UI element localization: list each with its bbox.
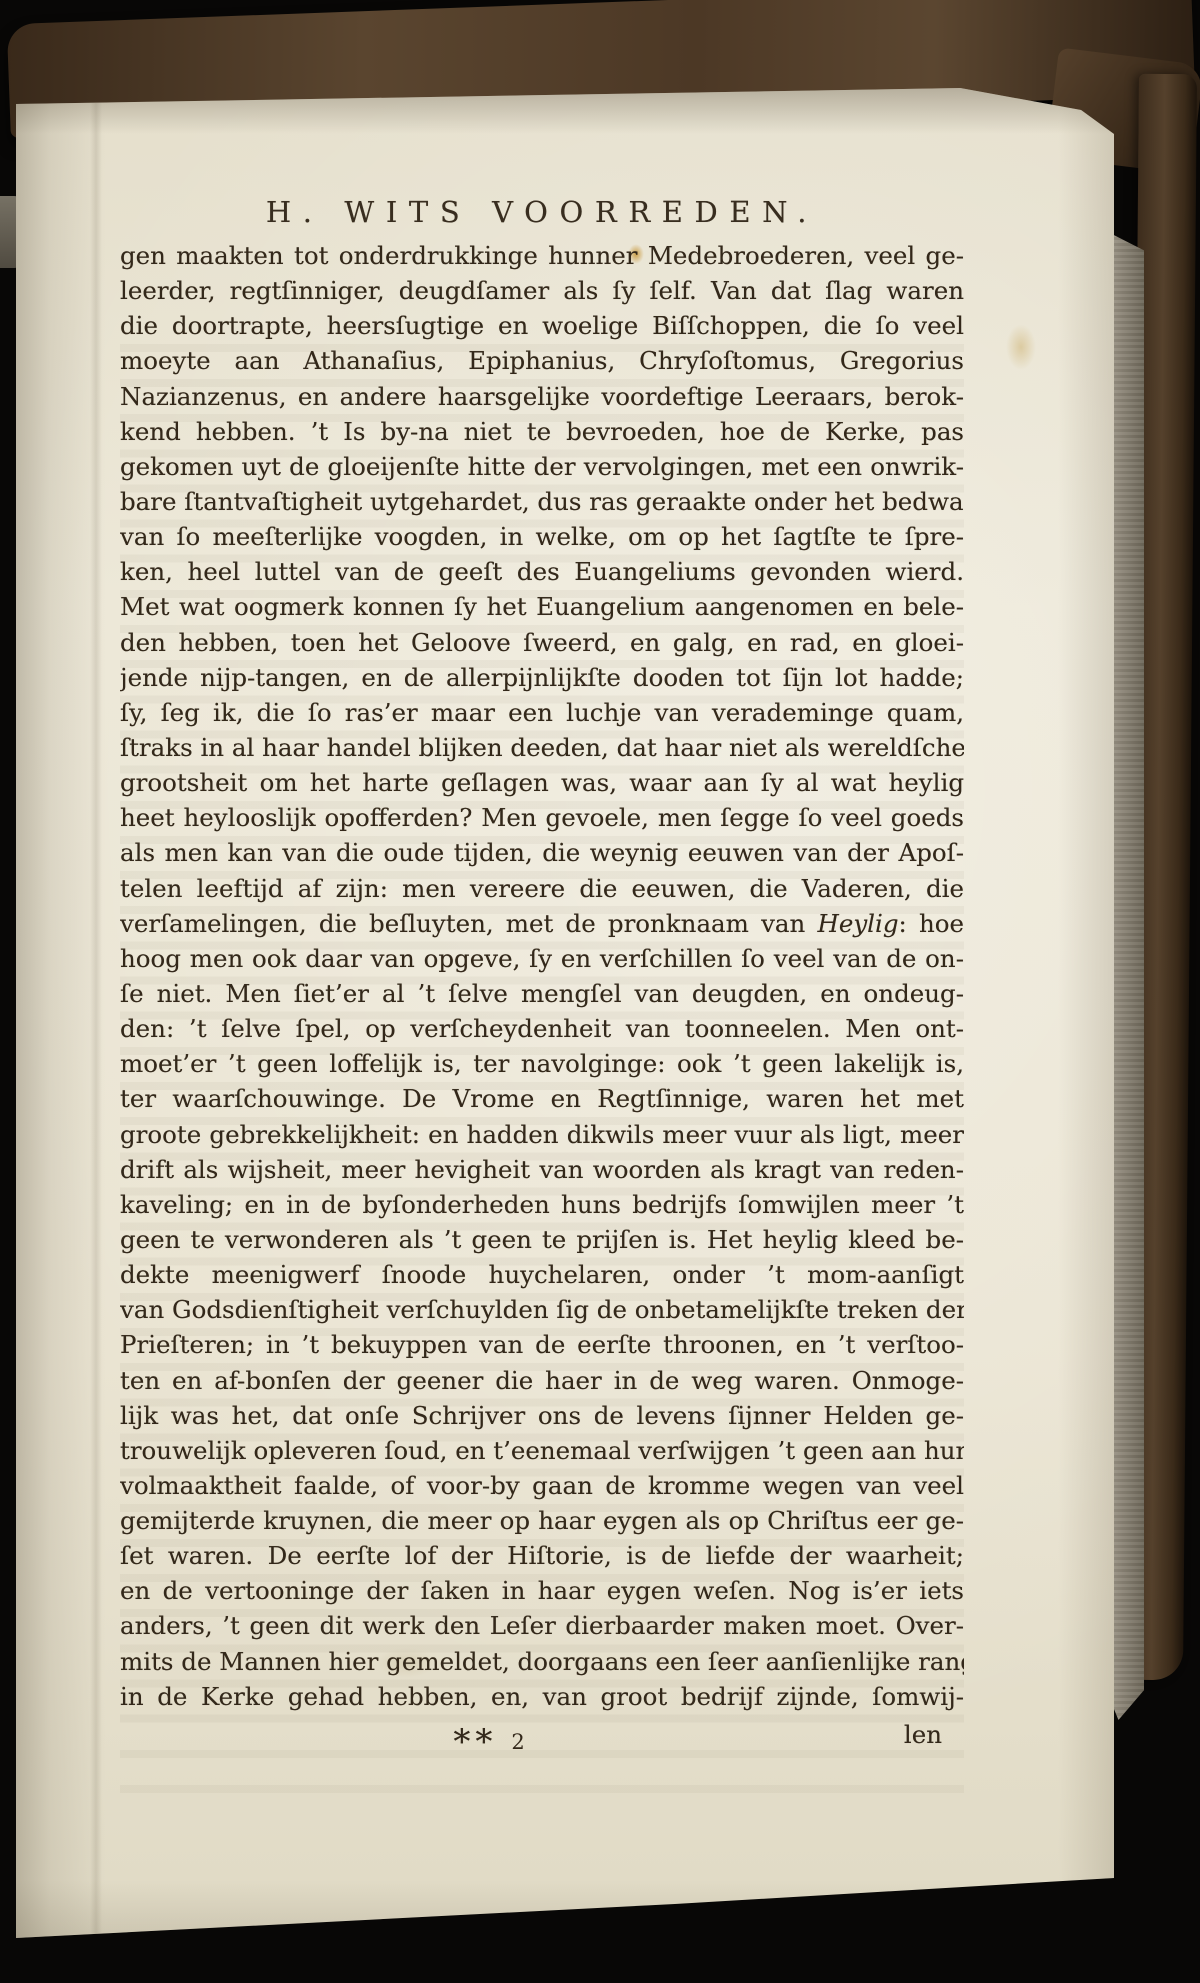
text-line: Nazianzenus, en andere haarsgelijke voor… [120, 379, 964, 414]
text-line: Prieſteren; in ’t bekuyppen van de eerſt… [120, 1327, 964, 1362]
text-line: moeyte aan Athanaſius, Epiphanius, Chryſ… [120, 343, 964, 378]
text-line: ken, heel luttel van de geeſt des Euange… [120, 554, 964, 589]
text-line: moet’er ’t geen loffelijk is, ter navolg… [120, 1046, 964, 1081]
text-line: den: ’t ſelve ſpel, op verſcheydenheit v… [120, 1011, 964, 1046]
text-line: bare ſtantvaſtigheit uytgehardet, dus ra… [120, 484, 964, 519]
text-line: van ſo meeſterlijke voogden, in welke, o… [120, 519, 964, 554]
text-line: als men kan van die oude tijden, die wey… [120, 835, 964, 870]
page-text-block: H. WITS VOORREDEN. gen maakten tot onder… [120, 192, 964, 1760]
signature-number: 2 [511, 1730, 524, 1754]
text-segment: : hoe [899, 909, 964, 938]
text-line: trouwelijk opleveren ſoud, en t’eenemaal… [120, 1433, 964, 1468]
book-photo: H. WITS VOORREDEN. gen maakten tot onder… [0, 0, 1200, 1983]
text-line: gen maakten tot onderdrukkinge hunner Me… [120, 238, 964, 273]
page-heading: H. WITS VOORREDEN. [120, 192, 964, 232]
text-line-with-italic: verſamelingen, die beſluyten, met de pro… [120, 906, 964, 941]
text-line: en de vertooninge der ſaken in haar eyge… [120, 1573, 964, 1608]
text-line: mits de Mannen hier gemeldet, doorgaans … [120, 1644, 964, 1679]
text-line: grootsheit om het harte geſlagen was, wa… [120, 765, 964, 800]
text-line: Met wat oogmerk konnen ſy het Euangelium… [120, 589, 964, 624]
text-line: gemijterde kruynen, die meer op haar eyg… [120, 1503, 964, 1538]
text-line: ter waarſchouwinge. De Vrome en Regtſinn… [120, 1081, 964, 1116]
text-line: lijk was het, dat onſe Schrijver ons de … [120, 1398, 964, 1433]
signature-line: ** 2 len [120, 1716, 964, 1760]
text-line: hoog men ook daar van opgeve, ſy en verſ… [120, 941, 964, 976]
italic-word: Heylig [817, 909, 898, 938]
catchword: len [904, 1720, 942, 1749]
text-line: ſe niet. Men ſiet’er al ’t ſelve mengſel… [120, 976, 964, 1011]
text-line: dekte meenigwerf ſnoode huychelaren, ond… [120, 1257, 964, 1292]
text-line: geen te verwonderen als ’t geen te prijſ… [120, 1222, 964, 1257]
text-line: kend hebben. ’t Is by-na niet te bevroed… [120, 414, 964, 449]
text-line: jende nijp-tangen, en de allerpijnlijkſt… [120, 660, 964, 695]
text-line: volmaaktheit faalde, of voor-by gaan de … [120, 1468, 964, 1503]
signature-mark: ** [453, 1722, 497, 1762]
text-line: ſtraks in al haar handel blijken deeden,… [120, 730, 964, 765]
text-line: kaveling; en in de byſonderheden huns be… [120, 1187, 964, 1222]
text-line: drift als wijsheit, meer hevigheit van w… [120, 1152, 964, 1187]
text-line: telen leeftijd af zijn: men vereere die … [120, 871, 964, 906]
book-page: H. WITS VOORREDEN. gen maakten tot onder… [16, 88, 1114, 1940]
text-line: gekomen uyt de gloeijenſte hitte der ver… [120, 449, 964, 484]
text-line: in de Kerke gehad hebben, en, van groot … [120, 1679, 964, 1714]
paper-stain [1006, 324, 1036, 370]
body-text: gen maakten tot onderdrukkinge hunner Me… [120, 238, 964, 1714]
text-line: die doortrapte, heersſugtige en woelige … [120, 308, 964, 343]
text-line: leerder, regtſinniger, deugdſamer als ſy… [120, 273, 964, 308]
text-line: anders, ’t geen dit werk den Leſer dierb… [120, 1608, 964, 1643]
text-line: van Godsdienſtigheit verſchuylden ſig de… [120, 1292, 964, 1327]
text-line: groote gebrekkelijkheit: en hadden dikwi… [120, 1117, 964, 1152]
text-line: heet heylooslijk opofferden? Men gevoele… [120, 800, 964, 835]
text-line: ſy, ſeg ik, die ſo ras’er maar een luchj… [120, 695, 964, 730]
text-segment: verſamelingen, die beſluyten, met de pro… [120, 909, 817, 938]
text-line: ſet waren. De eerſte lof der Hiſtorie, i… [120, 1538, 964, 1573]
text-line: ten en af-bonſen der geener die haer in … [120, 1363, 964, 1398]
text-line: den hebben, toen het Geloove ſweerd, en … [120, 625, 964, 660]
